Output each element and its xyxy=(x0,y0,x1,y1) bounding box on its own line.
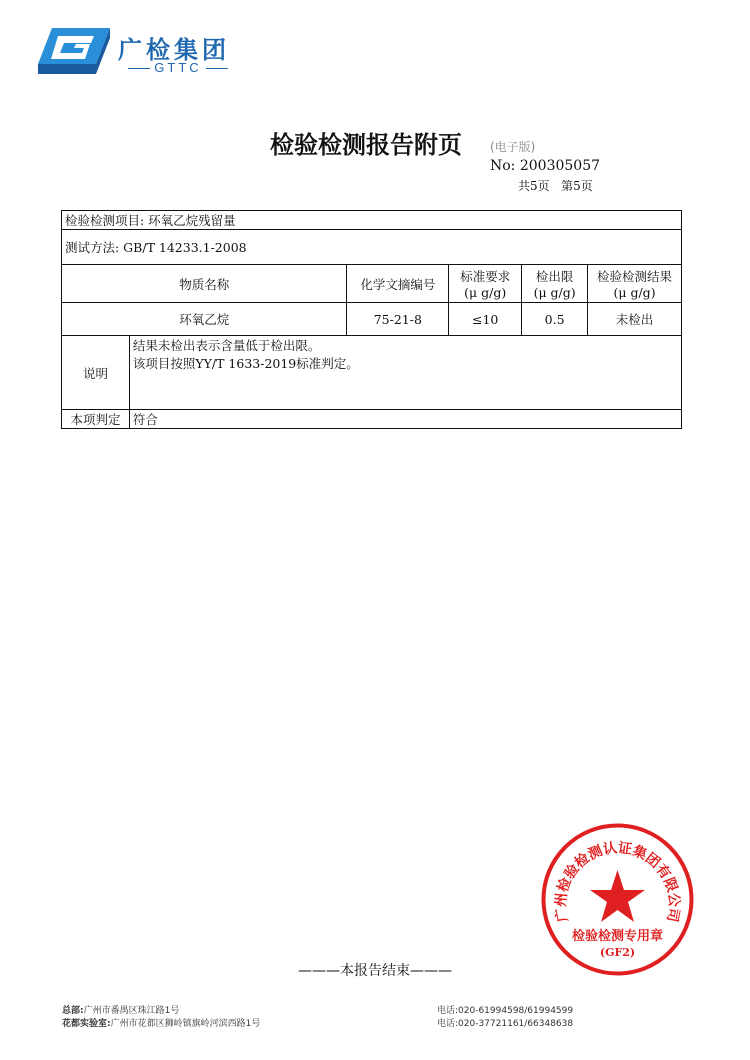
results-table: 检验检测项目: 环氧乙烷残留量 测试方法: GB/T 14233.1-2008 … xyxy=(61,210,682,429)
test-item: 检验检测项目: 环氧乙烷残留量 xyxy=(62,211,682,230)
note-row: 说明 结果未检出表示含量低于检出限。该项目按照YY/T 1633-2019标准判… xyxy=(62,336,682,410)
svg-text:(GF2): (GF2) xyxy=(600,946,635,959)
col-substance: 物质名称 xyxy=(62,265,347,303)
page-count: 共5页 第5页 xyxy=(518,177,593,194)
verdict-label: 本项判定 xyxy=(62,410,130,429)
col-result: 检验检测结果(μ g/g) xyxy=(588,265,682,303)
test-method: 测试方法: GB/T 14233.1-2008 xyxy=(62,230,682,265)
logo-text-en: GTTC xyxy=(118,60,238,75)
official-seal-icon: 广州检验检测认证集团有限公司 检验检测专用章 (GF2) xyxy=(540,822,695,977)
note-text: 结果未检出表示含量低于检出限。该项目按照YY/T 1633-2019标准判定。 xyxy=(129,336,681,410)
gttc-logo-icon xyxy=(38,28,110,74)
report-end-marker: ———本报告结束——— xyxy=(298,960,452,980)
footer-phone-1: 电话:020-61994598/61994599 xyxy=(437,1003,573,1016)
footer-hq: 总部:广州市番禺区珠江路1号 xyxy=(62,1003,179,1016)
method-row: 测试方法: GB/T 14233.1-2008 xyxy=(62,230,682,265)
footer-lab: 花都实验室:广州市花都区狮岭镇旗岭河滨西路1号 xyxy=(62,1016,260,1029)
svg-text:检验检测专用章: 检验检测专用章 xyxy=(572,928,663,944)
page-title: 检验检测报告附页 xyxy=(270,125,462,160)
edition-label: (电子版) xyxy=(490,138,535,155)
verdict-row: 本项判定 符合 xyxy=(62,410,682,429)
table-row: 环氧乙烷 75-21-8 ≤10 0.5 未检出 xyxy=(62,303,682,336)
note-label: 说明 xyxy=(62,336,130,410)
footer-phone-2: 电话:020-37721161/66348638 xyxy=(437,1016,573,1029)
header-row: 物质名称 化学文摘编号 标准要求(μ g/g) 检出限(μ g/g) 检验检测结… xyxy=(62,265,682,303)
col-limit: 检出限(μ g/g) xyxy=(522,265,588,303)
col-standard: 标准要求(μ g/g) xyxy=(449,265,522,303)
col-cas: 化学文摘编号 xyxy=(347,265,449,303)
item-row: 检验检测项目: 环氧乙烷残留量 xyxy=(62,211,682,230)
report-number: No: 200305057 xyxy=(490,158,600,174)
verdict-value: 符合 xyxy=(129,410,681,429)
